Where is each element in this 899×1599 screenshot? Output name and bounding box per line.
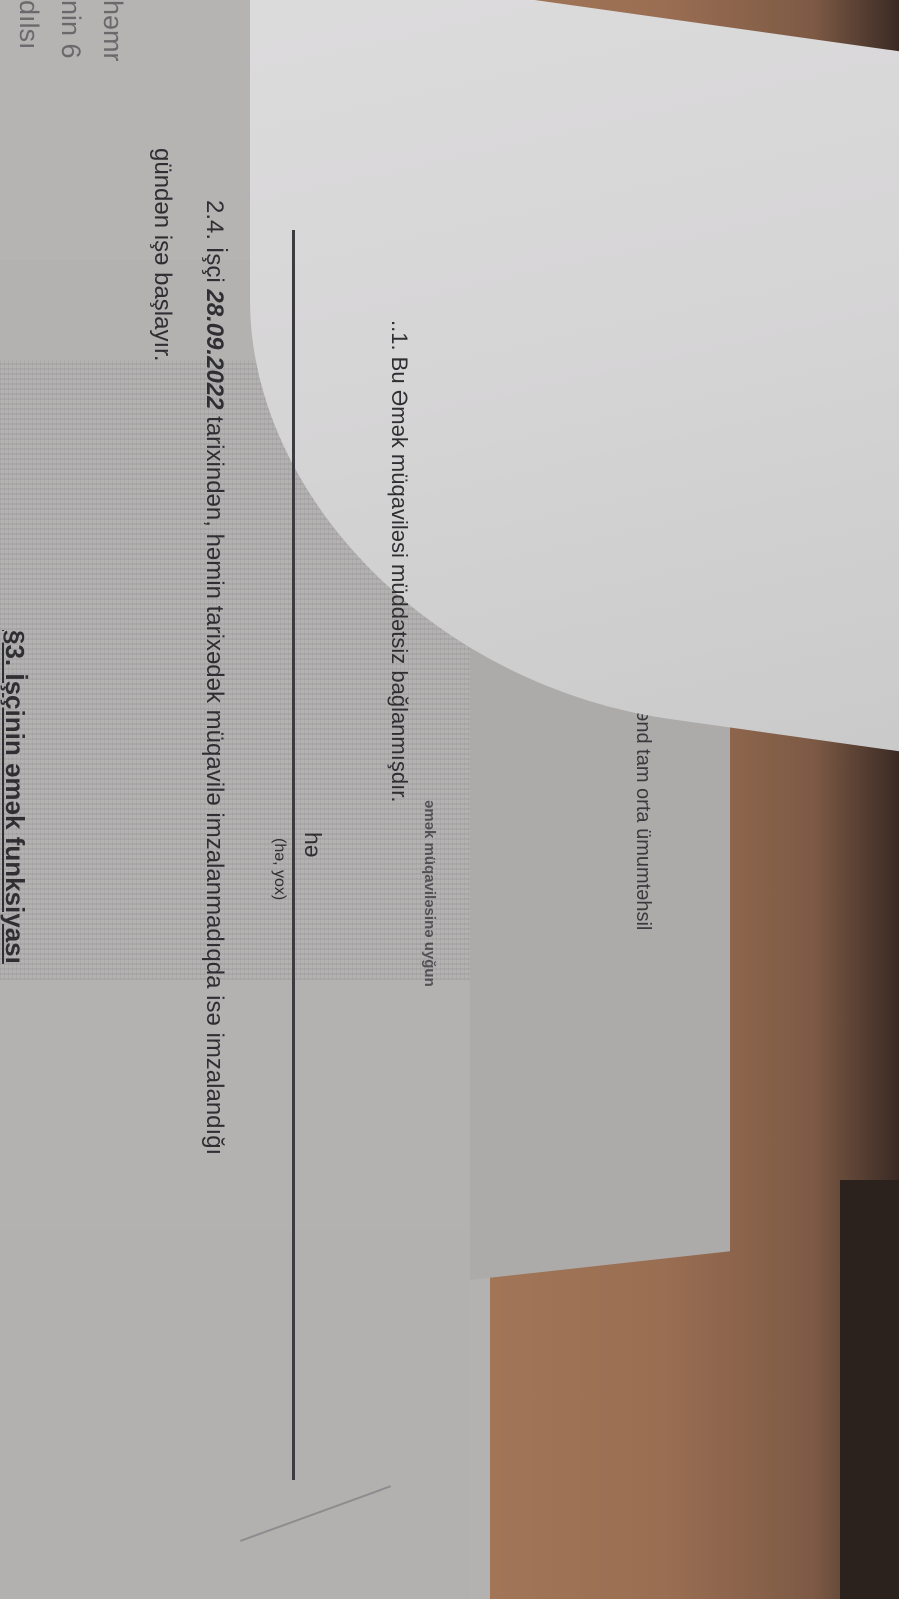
clipped-line: dılsı [13,0,44,50]
clause-2-4-prefix: 2.4. İşçi [201,200,228,289]
contract-page-lower [0,1230,470,1599]
section-3-heading: §3. İşçinin əmək funksiyası [0,630,30,964]
clipped-line: həmr [97,0,128,62]
clause-2-4: 2.4. İşçi 28.09.2022 tarixindən, həmin t… [200,200,228,1155]
answer-underline [292,230,295,1480]
answer-hint: (hə, yox) [270,838,288,900]
clause-2-4-rest: tarixindən, həmin tarixədək müqavilə imz… [201,410,228,1156]
faded-header: əmək müqaviləsinə uyğun [421,800,438,987]
start-date: 28.09.2022 [201,289,228,409]
answer-value: hə [299,832,326,858]
photo-scene: zərbay siləsizl nd tar həmr nin 6 dılsı … [0,0,899,1599]
clipped-line: nd tar [139,0,140,69]
clause-2-4-line2: gündən işə başlayır. [148,148,176,361]
clause-2-1: ..1. Bu Əmək müqaviləsi müddətsiz bağlan… [386,320,412,802]
back-page-clipped-text: zərbay siləsizl nd tar həmr nin 6 dılsı [0,0,140,150]
clipped-line: nin 6 [55,0,86,59]
desk-shadow [840,1180,899,1599]
